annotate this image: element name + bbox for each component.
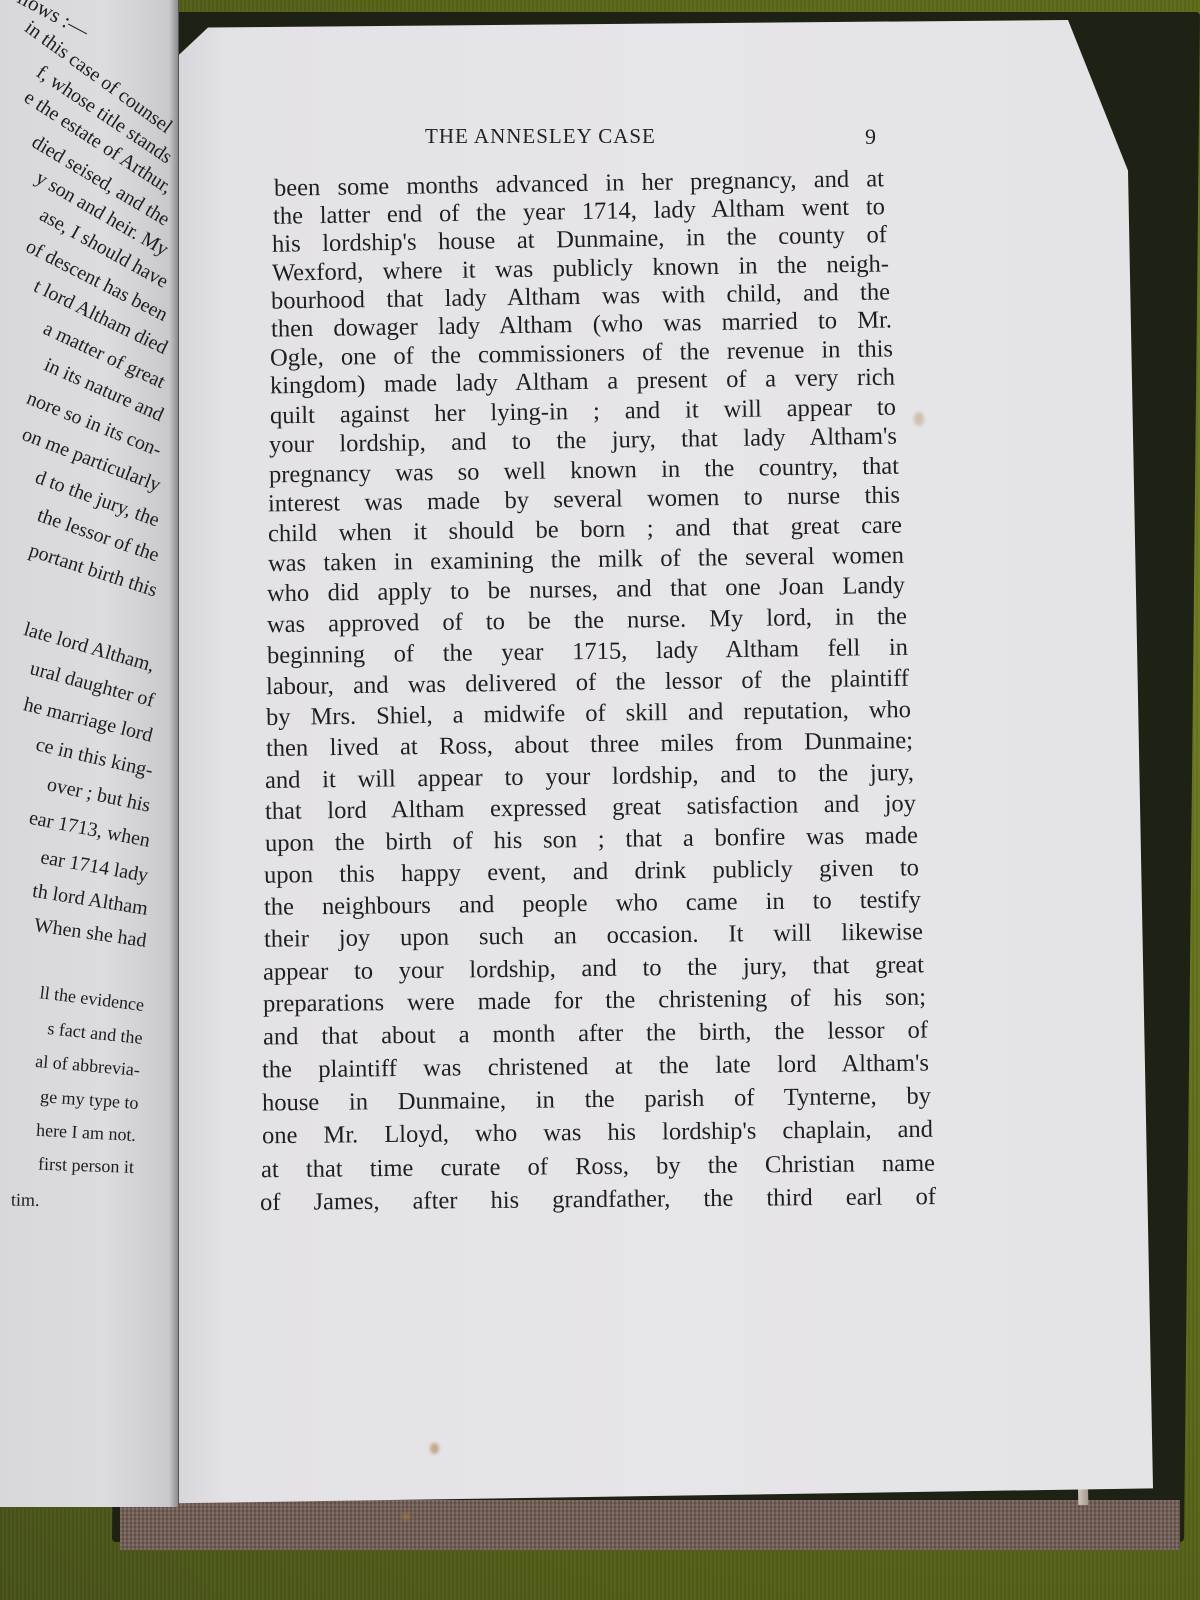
text-line: ll the evidence bbox=[39, 982, 146, 1016]
page-number: 9 bbox=[865, 124, 877, 150]
text-line: ge my type to bbox=[39, 1086, 139, 1114]
foxing-spot bbox=[430, 1443, 439, 1454]
foxing-spot bbox=[914, 412, 924, 426]
text-line: ear 1714 lady bbox=[39, 846, 150, 888]
left-page: llows :— in this case of counsel f, whos… bbox=[0, 0, 179, 1507]
book-photo-scene: THE ANNESLEY CASE 9 been some months adv… bbox=[0, 0, 1200, 1600]
text-line: first person it bbox=[38, 1154, 135, 1178]
running-head-title: THE ANNESLEY CASE bbox=[425, 124, 656, 149]
text-line: s fact and the bbox=[46, 1018, 143, 1049]
book-spine-cloth bbox=[120, 1500, 1180, 1550]
text-line: al of abbrevia- bbox=[35, 1051, 141, 1081]
text-line: th lord Altham bbox=[31, 880, 150, 921]
text-line: tim. bbox=[11, 1190, 40, 1211]
text-line: of James, after his grandfather, the thi… bbox=[260, 1183, 936, 1217]
text-line: here I am not. bbox=[36, 1120, 137, 1146]
foxing-spot bbox=[402, 1512, 410, 1521]
text-line: When she had bbox=[32, 914, 147, 953]
text-line: over ; but his bbox=[45, 773, 152, 817]
left-page-body: llows :— in this case of counsel f, whos… bbox=[0, 0, 178, 1300]
